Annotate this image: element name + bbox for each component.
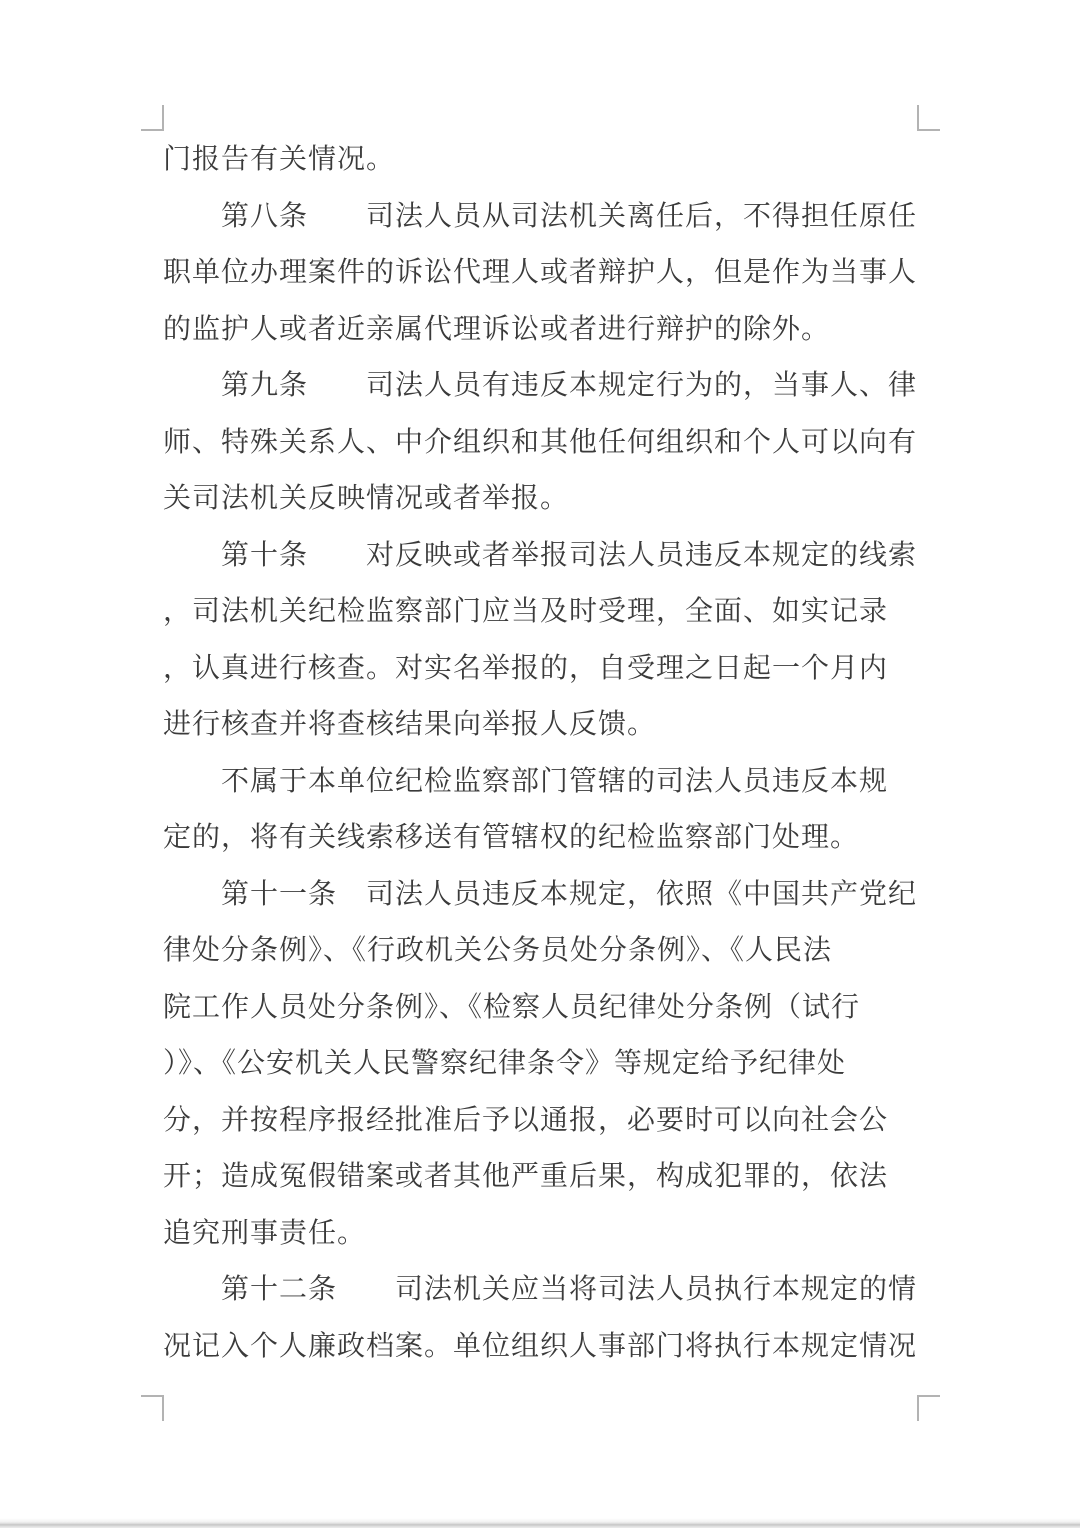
text-line: 第八条 司法人员从司法机关离任后，不得担任原任 xyxy=(163,188,963,245)
crop-mark-bottom-right-icon xyxy=(917,1395,940,1421)
text-line: 关司法机关反映情况或者举报。 xyxy=(163,470,963,527)
text-line: 第十条 对反映或者举报司法人员违反本规定的线索 xyxy=(163,527,963,584)
text-line: 的监护人或者近亲属代理诉讼或者进行辩护的除外。 xyxy=(163,301,963,358)
text-line: 况记入个人廉政档案。单位组织人事部门将执行本规定情况 xyxy=(163,1318,963,1375)
text-line: 不属于本单位纪检监察部门管辖的司法人员违反本规 xyxy=(163,753,963,810)
text-line: ，司法机关纪检监察部门应当及时受理，全面、如实记录 xyxy=(163,583,963,640)
crop-mark-top-left-icon xyxy=(141,105,164,131)
text-line: ，认真进行核查。对实名举报的，自受理之日起一个月内 xyxy=(163,640,963,697)
text-line: 院工作人员处分条例》、《检察人员纪律处分条例（试行 xyxy=(163,979,963,1036)
document-page: 门报告有关情况。 第八条 司法人员从司法机关离任后，不得担任原任 职单位办理案件… xyxy=(0,0,1080,1528)
text-line: 职单位办理案件的诉讼代理人或者辩护人，但是作为当事人 xyxy=(163,244,963,301)
text-line: 第十一条 司法人员违反本规定，依照《中国共产党纪 xyxy=(163,866,963,923)
text-line: ）》、《公安机关人民警察纪律条令》等规定给予纪律处 xyxy=(163,1035,963,1092)
document-text-block: 门报告有关情况。 第八条 司法人员从司法机关离任后，不得担任原任 职单位办理案件… xyxy=(163,131,963,1374)
text-line: 开；造成冤假错案或者其他严重后果，构成犯罪的，依法 xyxy=(163,1148,963,1205)
text-line: 第十二条 司法机关应当将司法人员执行本规定的情 xyxy=(163,1261,963,1318)
text-line: 师、特殊关系人、中介组织和其他任何组织和个人可以向有 xyxy=(163,414,963,471)
text-line: 第九条 司法人员有违反本规定行为的，当事人、律 xyxy=(163,357,963,414)
text-line: 追究刑事责任。 xyxy=(163,1205,963,1262)
text-line: 律处分条例》、《行政机关公务员处分条例》、《人民法 xyxy=(163,922,963,979)
crop-mark-top-right-icon xyxy=(917,105,940,131)
text-line: 分，并按程序报经批准后予以通报，必要时可以向社会公 xyxy=(163,1092,963,1149)
text-line: 门报告有关情况。 xyxy=(163,131,963,188)
text-line: 定的，将有关线索移送有管辖权的纪检监察部门处理。 xyxy=(163,809,963,866)
page-bottom-edge xyxy=(0,1518,1080,1528)
text-line: 进行核查并将查核结果向举报人反馈。 xyxy=(163,696,963,753)
crop-mark-bottom-left-icon xyxy=(141,1395,164,1421)
